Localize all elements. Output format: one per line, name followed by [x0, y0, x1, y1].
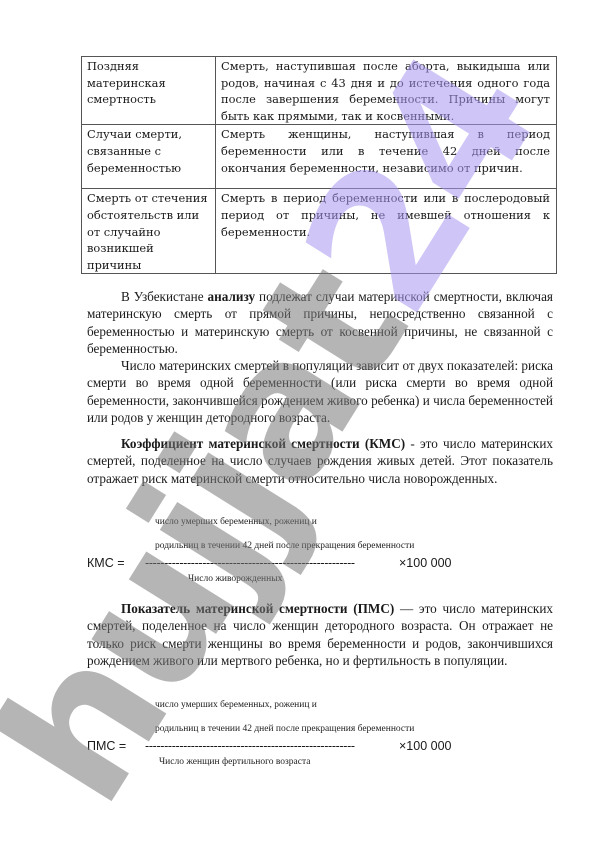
table-row: Смерть от стечения обстоятельств или от …	[82, 189, 557, 274]
paragraph-bold-term: Показатель материнской смертности (ПМС)	[121, 601, 394, 616]
paragraph-bold-term: Коэффициент материнской смертности (КМС)	[121, 436, 405, 451]
formula-lhs: КМС =	[87, 556, 125, 570]
table-term-cell: Поздняя материнская смертность	[82, 57, 216, 125]
formula-multiplier: ×100 000	[399, 739, 451, 753]
formula-denominator: Число живорожденных	[188, 574, 282, 584]
formula-denominator: Число женщин фертильного возраста	[159, 757, 310, 767]
table-term-cell: Случаи смерти, связанные с беременностью	[82, 125, 216, 189]
document-page: Поздняя материнская смертность Смерть, н…	[0, 0, 596, 842]
table-description-cell: Смерть, наступившая после аборта, выкиды…	[216, 57, 557, 125]
paragraph-text: Число материнских смертей в популяции за…	[87, 357, 553, 426]
definitions-table: Поздняя материнская смертность Смерть, н…	[81, 56, 557, 274]
formula-numerator-line2: родильниц в течении 42 дней после прекра…	[155, 724, 414, 734]
formula-fraction-line: ----------------------------------------…	[145, 739, 355, 753]
formula-lhs: ПМС =	[87, 739, 126, 753]
formula-multiplier: ×100 000	[399, 556, 451, 570]
paragraph-uzbekistan-analysis: В Узбекистане анализу подлежат случаи ма…	[87, 288, 553, 357]
table-description-cell: Смерть в период беременности или в после…	[216, 189, 557, 274]
paragraph-maternal-deaths-count: Число материнских смертей в популяции за…	[87, 357, 553, 426]
table-term-cell: Смерть от стечения обстоятельств или от …	[82, 189, 216, 274]
formula-numerator-line2: родильниц в течении 42 дней после прекра…	[155, 541, 414, 551]
paragraph-bold-term: анализу	[208, 289, 256, 304]
formula-fraction-line: ----------------------------------------…	[145, 556, 355, 570]
formula-numerator-line1: число умерших беременных, рожениц и	[155, 700, 317, 710]
paragraph-kms-definition: Коэффициент материнской смертности (КМС)…	[87, 435, 553, 487]
table-row: Поздняя материнская смертность Смерть, н…	[82, 57, 557, 125]
formula-numerator-line1: число умерших беременных, рожениц и	[155, 517, 317, 527]
paragraph-text: В Узбекистане	[121, 289, 208, 304]
table-description-cell: Смерть женщины, наступившая в период бер…	[216, 125, 557, 189]
paragraph-pms-definition: Показатель материнской смертности (ПМС) …	[87, 600, 553, 669]
table-row: Случаи смерти, связанные с беременностью…	[82, 125, 557, 189]
